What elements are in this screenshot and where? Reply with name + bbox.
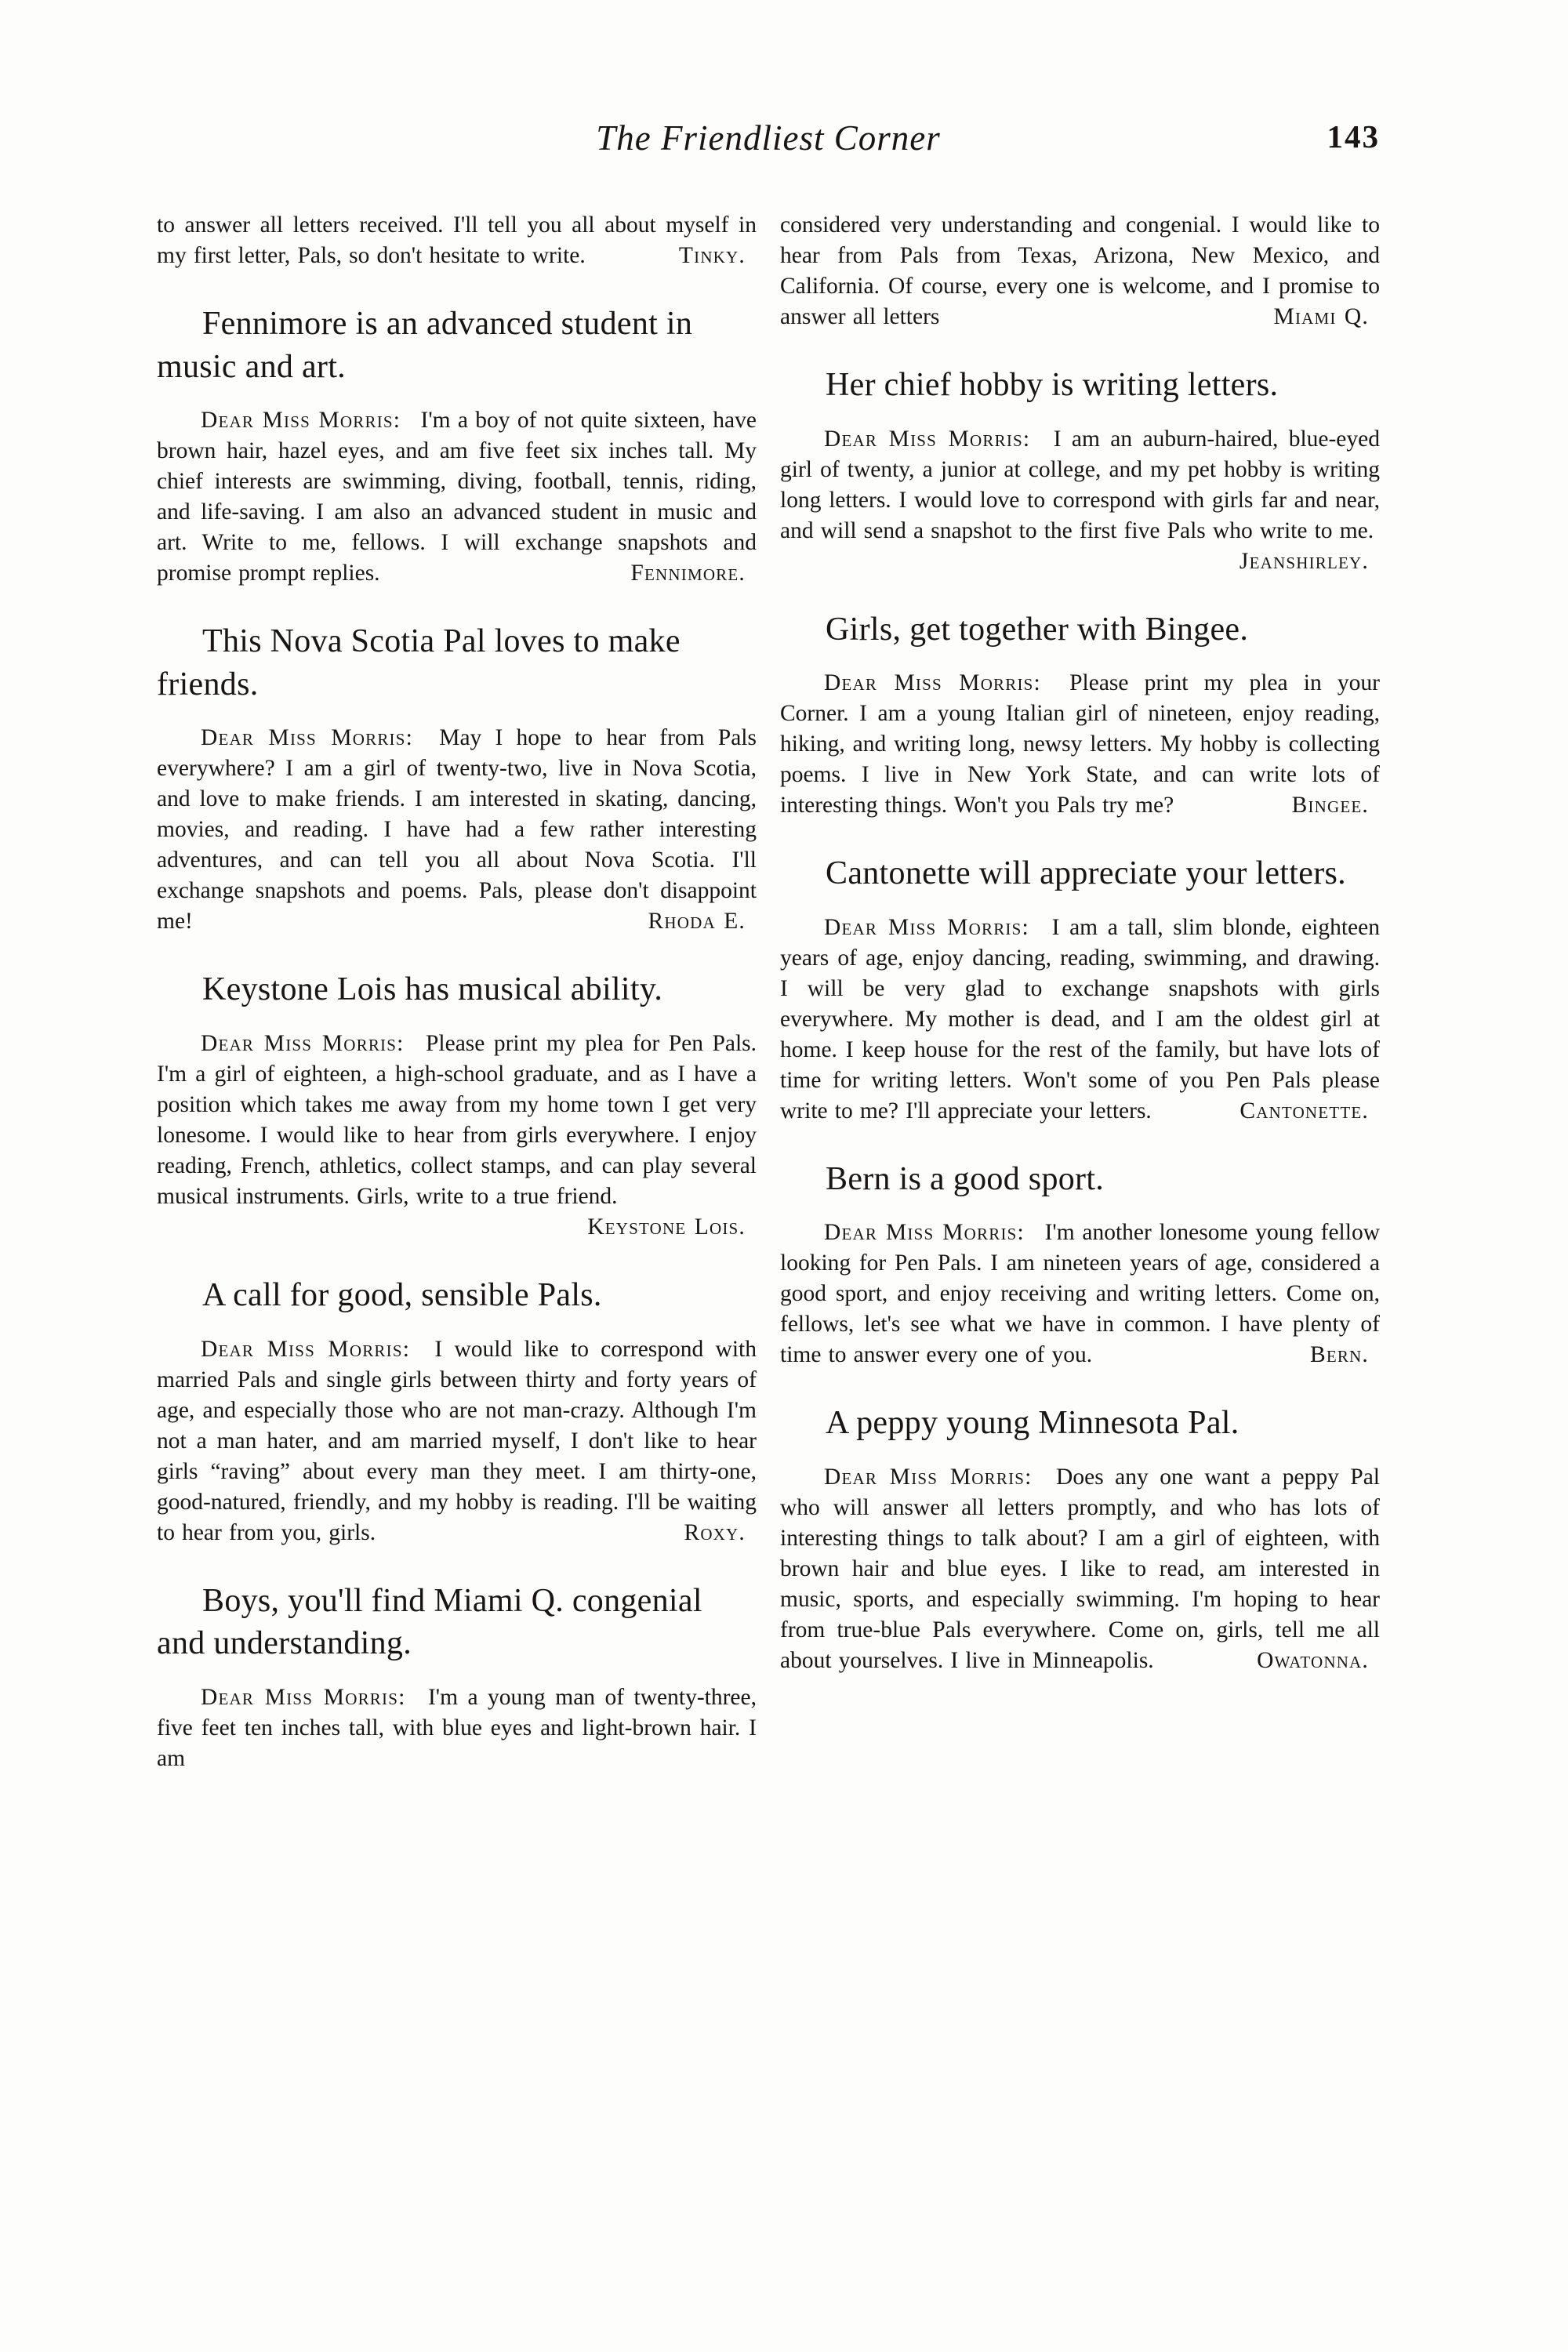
letter-roxy: A call for good, sensible Pals. Dear Mis… [157, 1274, 757, 1548]
letter-body: considered very understanding and congen… [780, 210, 1380, 332]
letter-heading: Boys, you'll find Miami Q. congenial and… [157, 1580, 757, 1665]
letter-body: Dear Miss Morris: I'm a boy of not quite… [157, 405, 757, 589]
letter-text: May I hope to hear from Pals everywhere?… [157, 725, 757, 934]
salutation: Dear Miss Morris: [824, 915, 1029, 940]
letter-heading: Her chief hobby is writing letters. [780, 364, 1380, 407]
salutation: Dear Miss Morris: [201, 1031, 405, 1056]
signature: Miami Q. [1274, 302, 1369, 332]
signature: Bern. [1266, 1340, 1369, 1370]
letter-body: to answer all letters received. I'll tel… [157, 210, 757, 271]
signature: Roxy. [640, 1518, 746, 1548]
salutation: Dear Miss Morris: [824, 1220, 1025, 1245]
page-number: 143 [1327, 118, 1381, 155]
letter-body: Dear Miss Morris: Does any one want a pe… [780, 1462, 1380, 1676]
letter-body: Dear Miss Morris: Please print my plea f… [157, 1029, 757, 1243]
letter-text: I would like to correspond with married … [157, 1337, 757, 1545]
letter-owatonna: A peppy young Minnesota Pal. Dear Miss M… [780, 1402, 1380, 1676]
letter-body: Dear Miss Morris: I am a tall, slim blon… [780, 913, 1380, 1127]
letter-text: I am a tall, slim blonde, eighteen years… [780, 915, 1380, 1123]
letter-body: Dear Miss Morris: I'm another lonesome y… [780, 1218, 1380, 1370]
magazine-page: The Friendliest Corner 143 to answer all… [0, 0, 1568, 2352]
letter-bingee: Girls, get together with Bingee. Dear Mi… [780, 608, 1380, 822]
letter-heading: This Nova Scotia Pal loves to make frien… [157, 620, 757, 706]
letter-body: Dear Miss Morris: Please print my plea i… [780, 668, 1380, 821]
letter-heading: Cantonette will appreciate your letters. [780, 852, 1380, 895]
letter-heading: Keystone Lois has musical ability. [157, 968, 757, 1011]
letter-cantonette: Cantonette will appreciate your letters.… [780, 852, 1380, 1127]
letter-continuation-tinky: to answer all letters received. I'll tel… [157, 210, 757, 271]
letter-text: to answer all letters received. I'll tel… [157, 212, 757, 268]
letter-text: Does any one want a peppy Pal who will a… [780, 1465, 1380, 1673]
letter-bern: Bern is a good sport. Dear Miss Morris: … [780, 1158, 1380, 1371]
letter-body: Dear Miss Morris: May I hope to hear fro… [157, 723, 757, 937]
signature: Jeanshirley. [1196, 546, 1369, 577]
letter-heading: Fennimore is an advanced student in musi… [157, 303, 757, 388]
signature: Owatonna. [1213, 1646, 1369, 1676]
salutation: Dear Miss Morris: [824, 670, 1041, 695]
letter-heading: A peppy young Minnesota Pal. [780, 1402, 1380, 1445]
salutation: Dear Miss Morris: [201, 1337, 410, 1362]
page-title: The Friendliest Corner [157, 118, 1380, 158]
right-column: considered very understanding and congen… [780, 210, 1380, 1690]
letter-miami-q-start: Boys, you'll find Miami Q. congenial and… [157, 1580, 757, 1774]
salutation: Dear Miss Morris: [201, 408, 401, 433]
letter-body: Dear Miss Morris: I am an auburn-haired,… [780, 424, 1380, 577]
letter-heading: Girls, get together with Bingee. [780, 608, 1380, 652]
signature: Keystone Lois. [543, 1212, 746, 1243]
salutation: Dear Miss Morris: [201, 725, 413, 750]
letter-jeanshirley: Her chief hobby is writing letters. Dear… [780, 364, 1380, 577]
letter-heading: Bern is a good sport. [780, 1158, 1380, 1201]
letter-keystone-lois: Keystone Lois has musical ability. Dear … [157, 968, 757, 1243]
signature: Fennimore. [586, 558, 746, 589]
left-column: to answer all letters received. I'll tel… [157, 210, 757, 1788]
letter-text: Please print my plea for Pen Pals. I'm a… [157, 1031, 757, 1209]
letter-heading: A call for good, sensible Pals. [157, 1274, 757, 1317]
letter-fennimore: Fennimore is an advanced student in musi… [157, 303, 757, 589]
signature: Bingee. [1248, 790, 1369, 821]
letter-body: Dear Miss Morris: I'm a young man of twe… [157, 1682, 757, 1774]
signature: Tinky. [679, 241, 746, 271]
letter-continuation-miami-q: considered very understanding and congen… [780, 210, 1380, 332]
salutation: Dear Miss Morris: [201, 1685, 405, 1710]
letter-rhoda-e: This Nova Scotia Pal loves to make frien… [157, 620, 757, 937]
two-column-text: to answer all letters received. I'll tel… [157, 210, 1380, 1788]
salutation: Dear Miss Morris: [824, 426, 1030, 452]
letter-body: Dear Miss Morris: I would like to corres… [157, 1334, 757, 1548]
signature: Rhoda E. [604, 906, 746, 937]
running-head: The Friendliest Corner 143 [157, 118, 1380, 172]
salutation: Dear Miss Morris: [824, 1465, 1033, 1490]
signature: Cantonette. [1196, 1096, 1369, 1127]
